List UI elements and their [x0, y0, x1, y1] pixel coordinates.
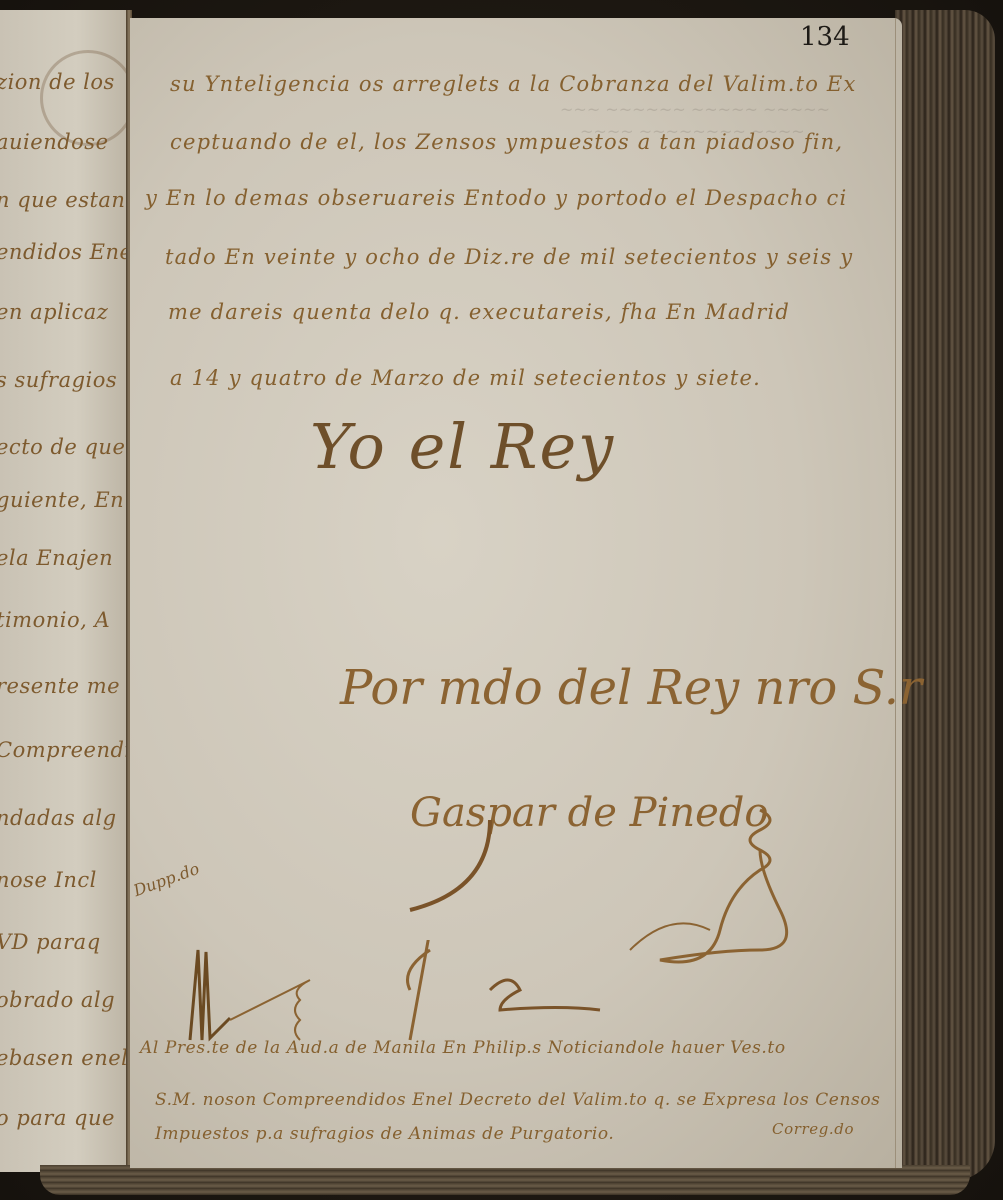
address-line: S.M. noson Compreendidos Enel Decreto de…	[155, 1090, 881, 1110]
body-line: tado En veinte y ocho de Diz.re de mil s…	[165, 245, 853, 269]
left-page-line: n que estan	[0, 188, 125, 212]
left-page-line: s sufragios	[0, 368, 117, 392]
closing-note: Correg.do	[772, 1120, 854, 1138]
body-line: me dareis quenta delo q. executareis, fh…	[168, 300, 790, 324]
left-page-line: endidos Ene	[0, 240, 128, 264]
left-page-line: timonio, A	[0, 608, 110, 632]
page-block-edge	[895, 10, 995, 1180]
left-page-line: ebasen enel	[0, 1046, 128, 1070]
left-page-line: obrado alg	[0, 988, 115, 1012]
left-page: zion de los auiendose n que estan endido…	[0, 10, 128, 1172]
body-line: a 14 y quatro de Marzo de mil seteciento…	[170, 366, 761, 390]
left-page-line: guiente, En	[0, 488, 124, 512]
address-line: Al Pres.te de la Aud.a de Manila En Phil…	[140, 1038, 786, 1058]
book-photograph: zion de los auiendose n que estan endido…	[0, 0, 1003, 1200]
countersignature-line: Por mdo del Rey nro S.r	[340, 660, 922, 716]
left-page-line: Compreendi	[0, 738, 128, 762]
left-page-line: en aplicaz	[0, 300, 108, 324]
address-line: Impuestos p.a sufragios de Animas de Pur…	[155, 1124, 614, 1144]
body-line: y En lo demas obseruareis Entodo y porto…	[145, 186, 847, 210]
council-rubrics-icon	[170, 940, 690, 1050]
body-line: su Ynteligencia os arreglets a la Cobran…	[170, 72, 857, 96]
body-line: ceptuando de el, los Zensos ympuestos a …	[170, 130, 843, 154]
left-page-line: ecto de quet	[0, 435, 128, 459]
royal-signature: Yo el Rey	[310, 410, 615, 483]
left-page-line: ela Enajen	[0, 546, 113, 570]
bleed-through-text: ~~~ ~~~~~~ ~~~~~ ~~~~~	[560, 100, 830, 119]
left-page-line: o para que	[0, 1106, 115, 1130]
left-page-line: VD paraq	[0, 930, 101, 954]
left-page-line: ndadas alg	[0, 806, 117, 830]
left-page-line: zion de los	[0, 70, 115, 94]
folio-number: 134	[800, 22, 850, 52]
left-page-line: auiendose	[0, 130, 109, 154]
signature-stroke-icon	[390, 820, 510, 920]
page-bottom-edge	[40, 1165, 970, 1195]
left-page-line: nose Incl	[0, 868, 97, 892]
margin-rule	[895, 18, 896, 1168]
left-page-line: resente me	[0, 674, 120, 698]
